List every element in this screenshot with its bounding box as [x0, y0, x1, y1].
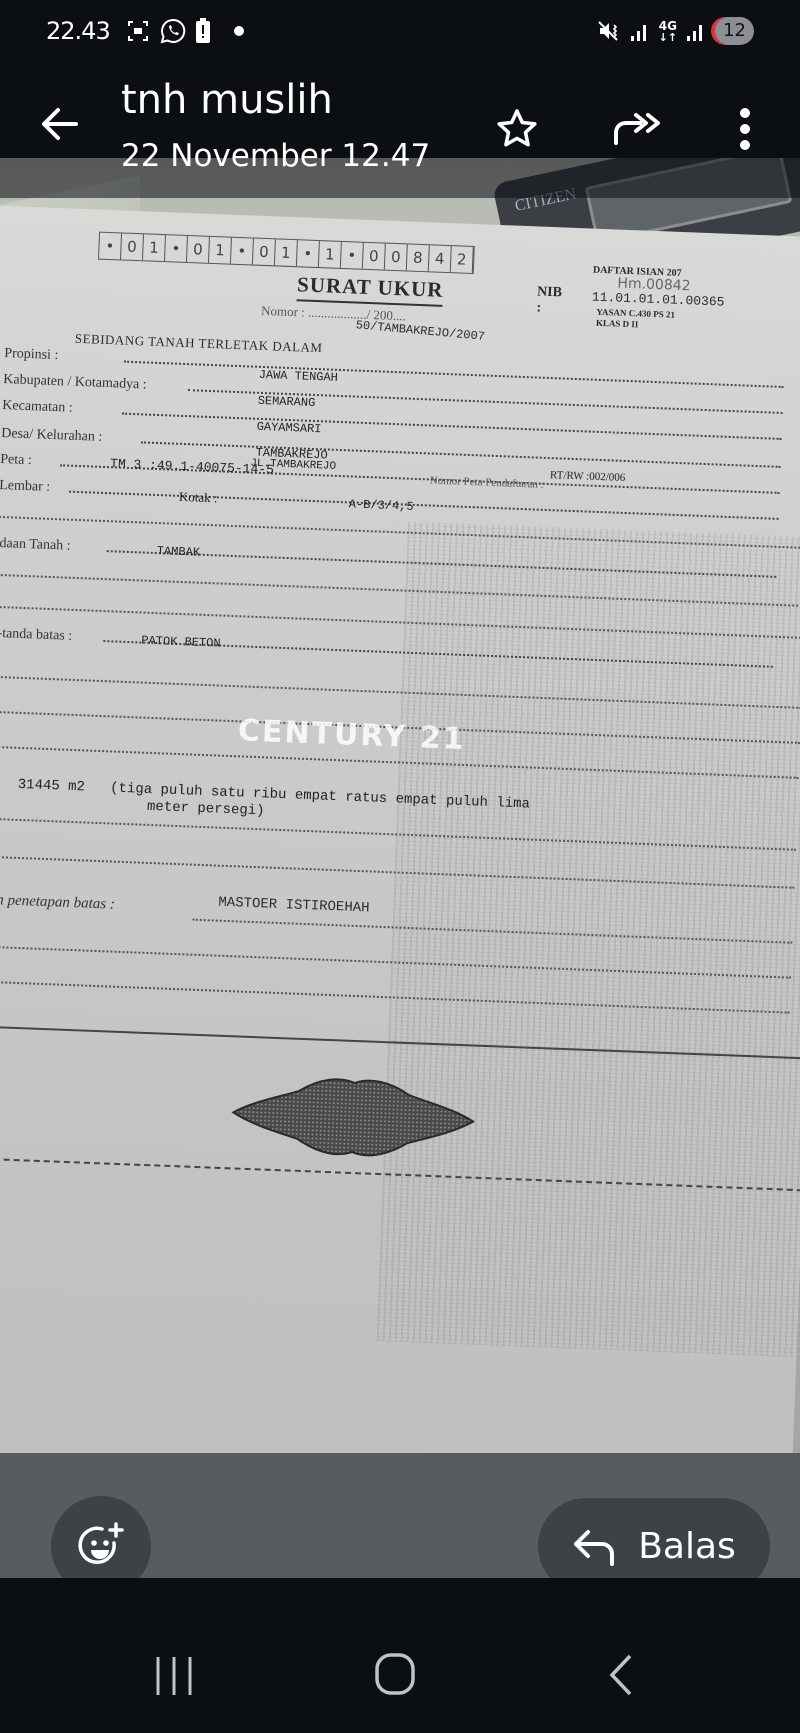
- field-value: TAMBAK: [157, 544, 201, 560]
- number-box: 1: [275, 239, 298, 266]
- bottom-action-bar: Balas: [0, 1453, 800, 1578]
- chevron-left-icon: [604, 1652, 640, 1698]
- dotted-line: [69, 491, 779, 520]
- more-vertical-icon: [730, 106, 760, 152]
- kotak-label: Kotak :: [179, 489, 218, 506]
- field-label: Tanda-tanda batas :: [0, 625, 72, 644]
- recent-apps-icon: [154, 1655, 194, 1695]
- number-box: 1: [319, 241, 342, 268]
- field-label: Kecamatan :: [2, 398, 73, 416]
- reply-label: Balas: [638, 1526, 736, 1567]
- klas-text: KLAS D II: [596, 318, 639, 330]
- number-box: 4: [429, 245, 452, 272]
- surveyor-value: MASTOER ISTIROEHAH: [218, 895, 370, 917]
- field-label: Peta :: [0, 452, 32, 468]
- area-words-continued: meter persegi): [147, 799, 265, 820]
- forward-button[interactable]: [612, 107, 664, 147]
- century21-watermark: CENTURY 21: [237, 713, 466, 757]
- number-box: 0: [385, 244, 408, 271]
- home-button[interactable]: [374, 1652, 420, 1698]
- emoji-add-icon: [76, 1521, 126, 1571]
- nomor-value: 50/TAMBAKREJO/2007: [355, 318, 485, 344]
- surveyor-label: ukan dan penetapan batas :: [0, 890, 115, 913]
- reply-arrow-icon: [572, 1526, 618, 1566]
- field-value: GAYAMSARI: [256, 420, 321, 436]
- forward-icon: [612, 107, 664, 147]
- area-value: 31445 m2: [17, 777, 85, 796]
- 4g-data-icon: 4G ↓↑: [659, 20, 677, 43]
- network-label: 4G: [659, 20, 677, 32]
- number-box: 1: [209, 237, 232, 264]
- number-box: •: [231, 238, 254, 265]
- official-seal-icon: [227, 1070, 480, 1165]
- dot-icon: [234, 26, 244, 36]
- number-box: 0: [121, 233, 144, 260]
- nomor-peta-label: Nomor Peta Pendaftaran :: [430, 474, 544, 490]
- system-back-button[interactable]: [604, 1652, 640, 1698]
- field-label: Kabupaten / Kotamadya :: [3, 372, 147, 392]
- number-box: 0: [253, 239, 276, 266]
- mute-vibrate-icon: [597, 19, 621, 43]
- field-label: Desa/ Kelurahan :: [1, 426, 103, 445]
- field-label: Keadaan Tanah :: [0, 535, 71, 554]
- screenshot-icon: [126, 19, 150, 43]
- battery-alert-icon: [196, 18, 210, 44]
- certificate-number-boxes: •01•01•01•1•00842: [98, 232, 475, 274]
- more-options-button[interactable]: [730, 106, 760, 152]
- signal-icon: [685, 20, 707, 42]
- status-time: 22.43: [46, 17, 110, 45]
- home-icon: [374, 1652, 420, 1698]
- land-certificate-document: •01•01•01•1•00842 SURAT UKUR Nomor : ...…: [0, 205, 800, 1453]
- message-photo[interactable]: CITIZEN •01•01•01•1•00842 SURAT UKUR Nom…: [0, 0, 800, 1453]
- number-box: •: [297, 240, 320, 267]
- number-box: •: [165, 235, 188, 262]
- star-icon: [495, 107, 539, 151]
- number-box: 1: [143, 234, 166, 261]
- document-title: SURAT UKUR: [297, 272, 444, 307]
- system-navigation-bar: [0, 1578, 800, 1733]
- number-box: 2: [451, 246, 474, 273]
- arrow-left-icon: [38, 102, 82, 146]
- star-button[interactable]: [495, 107, 539, 151]
- field-value: PATOK BETON: [141, 634, 221, 651]
- status-bar: 22.43 4G ↓↑ 12: [0, 0, 800, 62]
- number-box: 0: [187, 236, 210, 263]
- number-box: •: [99, 233, 122, 260]
- number-box: 0: [363, 243, 386, 270]
- message-timestamp: 22 November 12.47: [121, 138, 430, 174]
- whatsapp-icon: [160, 18, 186, 44]
- number-box: •: [341, 242, 364, 269]
- kotak-value: A-B/3/4,5: [349, 497, 414, 513]
- notification-count-badge: 12: [715, 17, 754, 45]
- field-label: Lembar :: [0, 478, 50, 495]
- nib-label: NIB :: [536, 284, 562, 317]
- field-label: Propinsi :: [4, 346, 59, 363]
- back-button[interactable]: [38, 102, 82, 146]
- recent-apps-button[interactable]: [154, 1655, 194, 1695]
- sender-name: tnh muslih: [121, 77, 333, 123]
- number-box: 8: [407, 244, 430, 271]
- signal-icon: [629, 20, 651, 42]
